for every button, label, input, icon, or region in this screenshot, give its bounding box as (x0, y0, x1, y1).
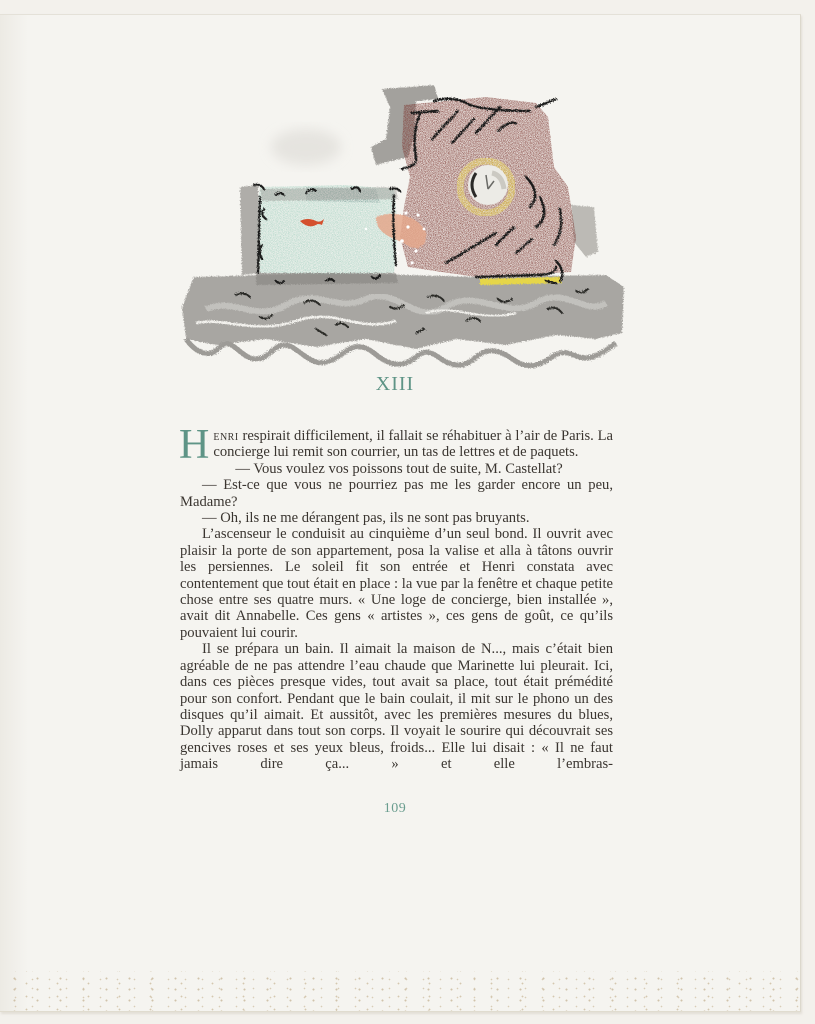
chapter-text: Henri respirait difficilement, il fallai… (180, 428, 613, 773)
paragraph-dialogue: — Vous voulez vos poissons tout de suite… (180, 461, 613, 477)
drop-cap: H (179, 429, 209, 461)
paragraph-narrative: L’ascenseur le conduisit au cinquième d’… (180, 526, 613, 641)
paper-foxing (0, 971, 800, 1011)
opening-word-rest: enri (213, 428, 238, 444)
paragraph-text: respirait difficilement, il fallait se r… (213, 428, 613, 460)
book-page: XIII Henri respirait difficilement, il f… (0, 14, 801, 1012)
illustration-aquarium-and-clock (176, 77, 628, 383)
paragraph-opening: Henri respirait difficilement, il fallai… (180, 428, 613, 461)
paragraph-narrative: Il se prépara un bain. Il aimait la mais… (180, 641, 613, 772)
paragraph-dialogue: — Est-ce que vous ne pourriez pas me les… (180, 477, 613, 510)
page-number: 109 (0, 801, 790, 817)
page-gutter-shade (0, 15, 28, 1011)
chapter-heading: XIII (0, 373, 790, 396)
paragraph-dialogue: — Oh, ils ne me dérangent pas, ils ne so… (180, 510, 613, 526)
